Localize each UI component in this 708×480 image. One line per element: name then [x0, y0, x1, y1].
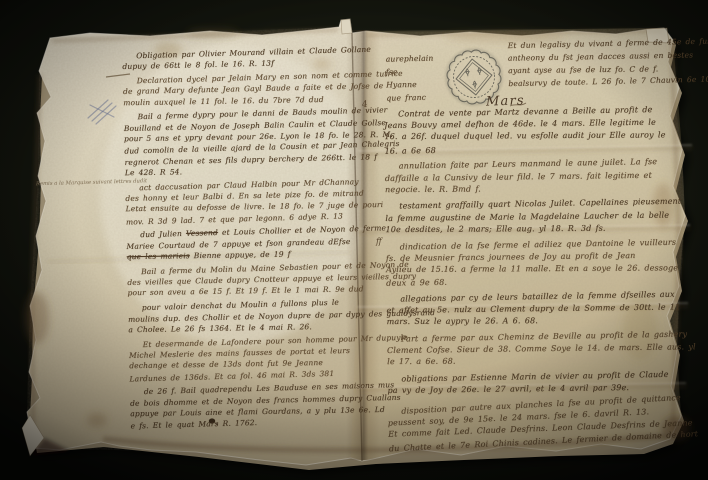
header-left-fragments: aurephelainfseHyanneque franc	[386, 51, 447, 104]
manuscript-line: Hyanne	[386, 78, 446, 92]
manuscript-line: fse	[386, 64, 446, 78]
manuscript-entry: disposition par autre aux planches la fs…	[387, 393, 685, 455]
binding-tab	[341, 19, 352, 34]
manuscript-line: negocie. le. R. Bmd f.	[385, 182, 681, 196]
manuscript-entry: Obligation par Olivier Mourand villain e…	[122, 45, 360, 73]
manuscript-entry: Declaration dycel par Jelain Mary en son…	[123, 70, 362, 109]
manuscript-entry: allegations par cy de leurs bataillez de…	[386, 289, 682, 329]
manuscript-line: 10e desdites, le 2 mars; Elle aug. yl 18…	[385, 222, 681, 236]
manuscript-entry: dud Julien Vessend et Louis Chollier et …	[126, 224, 365, 263]
manuscript-entry: Contrat de vente par Martz devanne a Bei…	[384, 104, 681, 156]
margin-mark: 4	[361, 100, 368, 111]
manuscript-entry: de 26 f. Bail quadrependu Les Bauduse en…	[130, 381, 369, 432]
manuscript-photo: Remis a la Marquise suivant lettres dudi…	[0, 0, 708, 480]
manuscript-entry: Bail a ferme dypry pour le danni de Baud…	[123, 106, 362, 179]
manuscript-line: mars. Suz le aypry le 26. A 6. 68.	[387, 315, 683, 329]
manuscript-entry: act daccusation par Claud Halbin pour Mr…	[125, 176, 364, 227]
left-page-text: Obligation par Olivier Mourand villain e…	[122, 45, 369, 434]
margin-mark: ff	[376, 237, 382, 246]
manuscript-line: que franc	[386, 90, 446, 104]
manuscript-entry: Bail a ferme du Molin du Maine Sebastien…	[127, 260, 366, 299]
manuscript-entry: pour valoir denchat du Moulin a fullons …	[128, 297, 367, 336]
manuscript-line: aurephelain	[386, 51, 446, 65]
manuscript-entry: Part a ferme par aux Cheminz de Beville …	[387, 329, 683, 369]
manuscript-entry: Et desermande de Lafondere pour son homm…	[129, 333, 368, 384]
header-annotations: Et dun legalisy du vivant a ferme de 45e…	[508, 36, 699, 90]
manuscript-entry: testament graffailly quart Nicolas Juile…	[385, 197, 681, 237]
manuscript-line: le 17. a 6e. 68.	[387, 355, 683, 369]
right-page-text: Contrat de vente par Martz devanne a Bei…	[384, 104, 684, 453]
manuscript-entry: dindication de la fse ferme el adiliez q…	[386, 237, 683, 289]
manuscript-entry: annullation faite par Leurs manmand le a…	[385, 157, 681, 197]
